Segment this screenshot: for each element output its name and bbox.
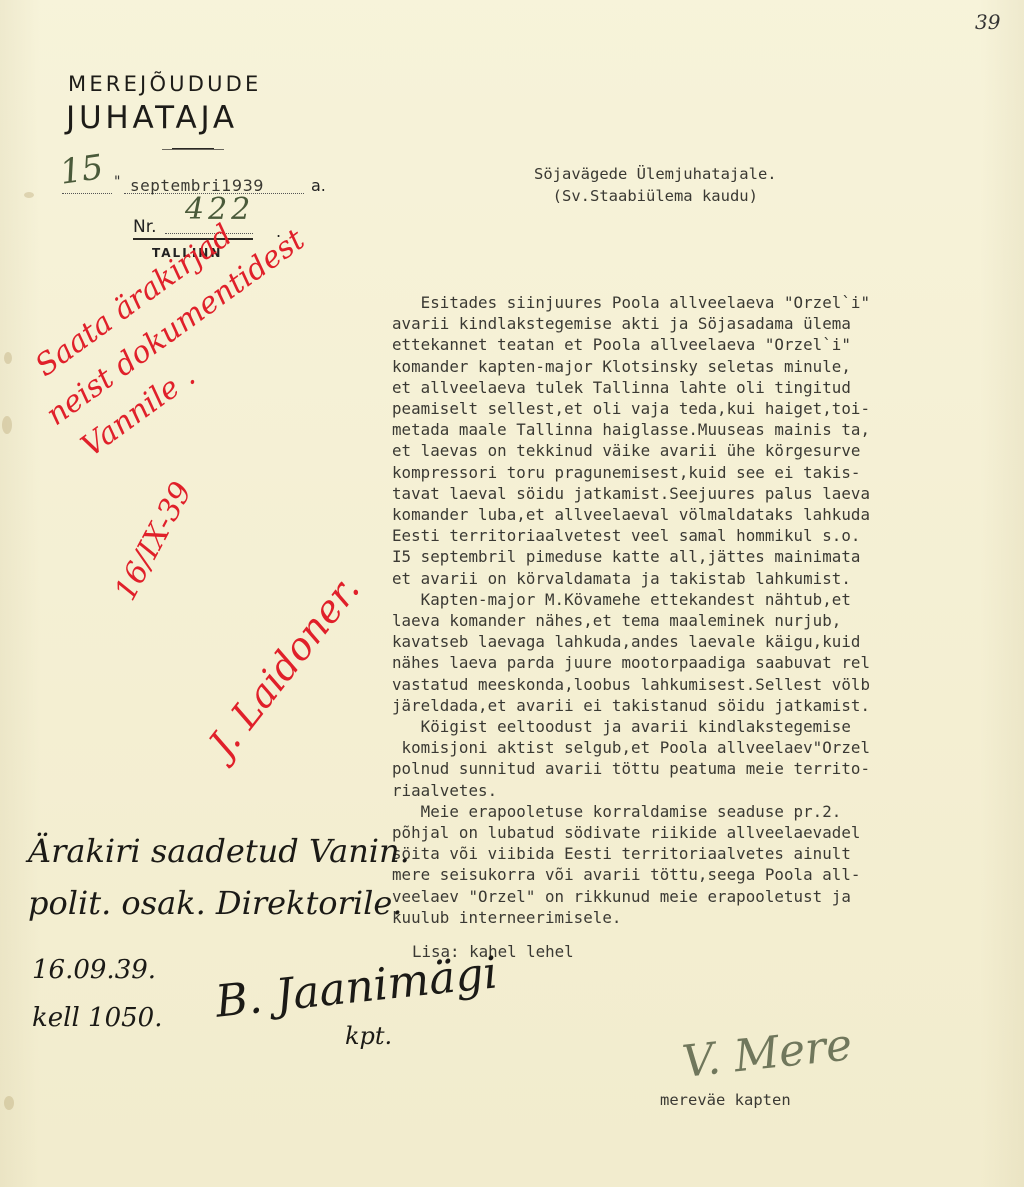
letterhead-title-line1: MEREJÕUDUDE: [68, 72, 262, 96]
body-line: ettekannet teatan et Poola allveelaeva "…: [392, 335, 851, 354]
addressee-line1: Söjavägede Ülemjuhatajale.: [534, 165, 777, 183]
body-line: komander luba,et allveelaeval völmaldata…: [392, 505, 870, 524]
handwritten-note-signature: B. Jaanimägi: [213, 947, 500, 1027]
letterhead-title-line2: JUHATAJA: [66, 100, 238, 136]
body-line: riaalvetes.: [392, 781, 497, 800]
date-quote-mark: ": [114, 174, 120, 190]
body-line: Köigist eeltoodust ja avarii kindlaksteg…: [392, 717, 851, 736]
body-line: põhjal on lubatud södivate riikide allve…: [392, 823, 860, 842]
body-line: laeva komander nähes,et tema maaleminek …: [392, 611, 841, 630]
punch-hole-mark: [24, 192, 34, 198]
body-line: et allveelaeva tulek Tallinna lahte oli …: [392, 378, 851, 397]
body-line: veelaev "Orzel" on rikkunud meie erapool…: [392, 887, 851, 906]
body-line: kavatseb laevaga lahkuda,andes laevale k…: [392, 632, 860, 651]
body-line: komander kapten-major Klotsinsky seletas…: [392, 357, 851, 376]
signatory-title: mereväe kapten: [660, 1091, 791, 1109]
body-line: et avarii on körvaldamata ja takistab la…: [392, 569, 851, 588]
body-line: I5 septembril pimeduse katte all,jättes …: [392, 547, 860, 566]
addressee-line2: (Sv.Staabiülema kaudu): [534, 187, 758, 205]
letterhead-divider: [172, 148, 214, 150]
handwritten-note-line1: Ärakiri saadetud Vanin.: [28, 832, 410, 870]
body-line: Meie erapooletuse korraldamise seaduse p…: [392, 802, 841, 821]
body-line: Esitades siinjuures Poola allveelaeva "O…: [392, 293, 870, 312]
punch-hole-mark: [4, 1096, 14, 1110]
document-number-label: Nr.: [133, 217, 157, 237]
body-line: nähes laeva parda juure mootorpaadiga sa…: [392, 653, 870, 672]
body-line: komisjoni aktist selgub,et Poola allveel…: [392, 738, 870, 757]
punch-hole-mark: [2, 416, 12, 434]
letter-body: Esitades siinjuures Poola allveelaeva "O…: [392, 292, 870, 928]
body-line: mere seisukorra või avarii töttu,seega P…: [392, 865, 860, 884]
body-line: peamiselt sellest,et oli vaja teda,kui h…: [392, 399, 870, 418]
body-line: järeldada,et avarii ei takistanud söidu …: [392, 696, 870, 715]
date-dotted-line: [62, 193, 112, 194]
body-line: polnud sunnitud avarii töttu peatuma mei…: [392, 759, 870, 778]
body-line: Eesti territoriaalvetest veel samal homm…: [392, 526, 860, 545]
handwritten-signature: V. Mere: [680, 1019, 855, 1088]
handwritten-note-signature-rank: kpt.: [345, 1022, 392, 1050]
body-line: avarii kindlakstegemise akti ja Söjasada…: [392, 314, 851, 333]
date-day-handwritten: 15: [57, 147, 105, 193]
handwritten-note-line2: polit. osak. Direktorile.: [28, 884, 402, 922]
body-line: kuulub interneerimisele.: [392, 908, 621, 927]
handwritten-note-time: kell 1050.: [32, 1003, 162, 1033]
body-line: söita või viibida Eesti territoriaalvete…: [392, 844, 851, 863]
archive-page-number: 39: [975, 10, 1000, 34]
handwritten-note-date: 16.09.39.: [32, 955, 156, 985]
addressee-block: Söjavägede Ülemjuhatajale. (Sv.Staabiüle…: [534, 163, 777, 207]
body-line: vastatud meeskonda,loobus lahkumisest.Se…: [392, 675, 870, 694]
body-line: Kapten-major M.Kövamehe ettekandest näht…: [392, 590, 851, 609]
date-suffix: a.: [311, 176, 326, 195]
